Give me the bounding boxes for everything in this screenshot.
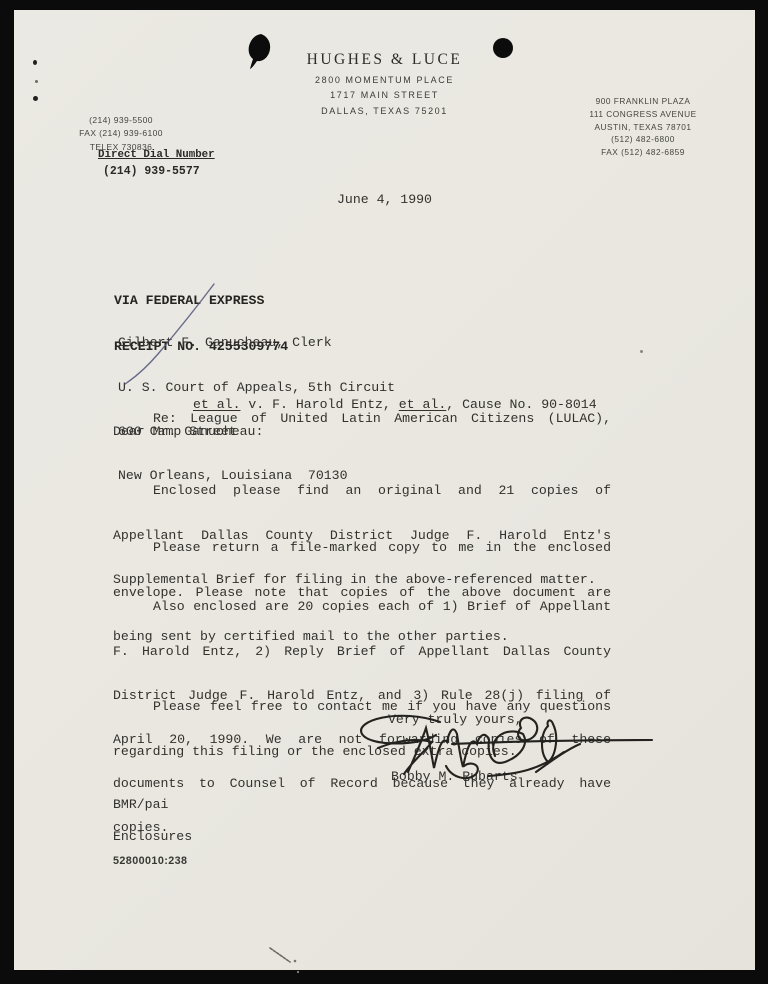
body-line: Also enclosed are 20 copies each of 1) B… <box>113 600 611 615</box>
re-vs-text: v. F. Harold Entz, <box>240 397 398 412</box>
signature-scrawl <box>340 700 660 795</box>
body-line: Enclosed please find an original and 21 … <box>113 484 611 499</box>
austin-office-contact: 900 FRANKLIN PLAZA 111 CONGRESS AVENUE A… <box>580 95 706 159</box>
dallas-contact-line: (214) 939-5500 <box>66 114 176 127</box>
pen-mark-bottom <box>262 940 312 980</box>
re-cause-number: , Cause No. 90-8014 <box>446 397 596 412</box>
austin-contact-line: 111 CONGRESS AVENUE <box>580 108 706 121</box>
firm-address-line: 2800 MOMENTUM PLACE <box>14 73 755 88</box>
letter-paper: HUGHES & LUCE 2800 MOMENTUM PLACE 1717 M… <box>14 10 755 970</box>
paper-speck <box>640 350 643 353</box>
austin-contact-line: FAX (512) 482-6859 <box>580 146 706 159</box>
re-etal-1: et al. <box>193 397 240 412</box>
salutation: Dear Mr. Ganucheau: <box>113 425 263 440</box>
pen-checkmark-stroke <box>110 278 225 393</box>
re-etal-2: et al. <box>399 397 446 412</box>
direct-dial-label: Direct Dial Number <box>98 149 215 161</box>
reference-initials: BMR/pai <box>113 798 168 813</box>
re-block: Re: League of United Latin American Citi… <box>113 383 611 457</box>
dallas-contact-line: FAX (214) 939-6100 <box>66 127 176 140</box>
firm-name: HUGHES & LUCE <box>14 51 755 69</box>
austin-contact-line: AUSTIN, TEXAS 78701 <box>580 121 706 134</box>
enclosures-label: Enclosures <box>113 830 192 845</box>
austin-contact-line: 900 FRANKLIN PLAZA <box>580 95 706 108</box>
document-code: 52800010:238 <box>113 855 187 867</box>
austin-contact-line: (512) 482-6800 <box>580 133 706 146</box>
body-line: Please return a file-marked copy to me i… <box>113 541 611 556</box>
direct-dial-number: (214) 939-5577 <box>103 165 200 178</box>
date-line: June 4, 1990 <box>337 193 432 208</box>
body-line: F. Harold Entz, 2) Reply Brief of Appell… <box>113 645 611 660</box>
re-line-2: et al. v. F. Harold Entz, et al., Cause … <box>193 398 597 413</box>
